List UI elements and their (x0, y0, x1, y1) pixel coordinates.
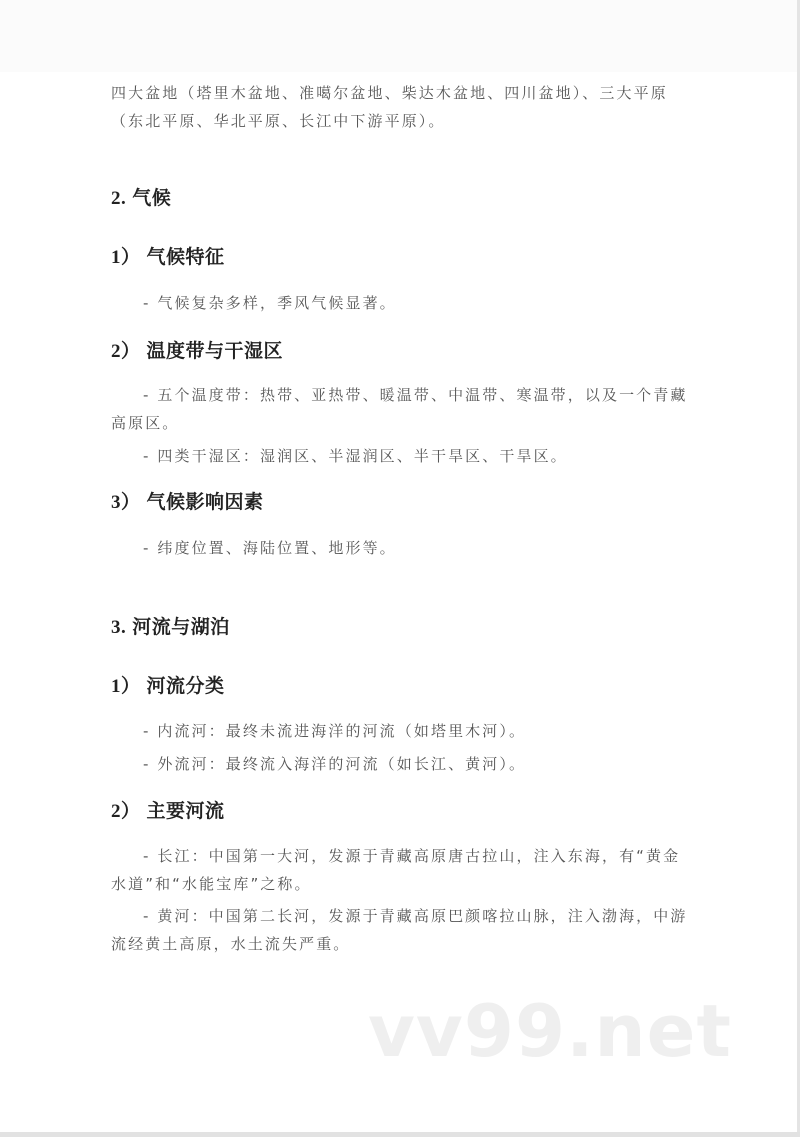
subsection-title-text: 河流分类 (147, 675, 225, 697)
subsection-number: 2） (111, 801, 141, 822)
list-block: - 五个温度带：热带、亚热带、暖温带、中温带、寒温带，以及一个青藏高原区。 (111, 381, 691, 437)
list-item: - 气候复杂多样，季风气候显著。 (111, 289, 691, 317)
section-heading-rivers-lakes: 3.河流与湖泊 (111, 614, 691, 641)
subsection-heading-climate-factors: 3）气候影响因素 (111, 489, 691, 516)
list-item: - 内流河：最终未流进海洋的河流（如塔里木河）。 (111, 717, 691, 745)
intro-block: 四大盆地（塔里木盆地、准噶尔盆地、柴达木盆地、四川盆地）、三大平原（东北平原、华… (111, 79, 691, 135)
section-number: 3. (111, 617, 126, 638)
subsection-number: 1） (111, 676, 141, 697)
subsection-number: 3） (111, 492, 141, 513)
subsection-title-text: 主要河流 (147, 800, 225, 822)
subsection-title-text: 气候影响因素 (147, 491, 264, 513)
list-item: - 四类干湿区：湿润区、半湿润区、半干旱区、干旱区。 (111, 442, 691, 470)
subsection-title: 1）气候特征 (111, 244, 691, 271)
subsection-title: 1）河流分类 (111, 673, 691, 700)
list-item: - 外流河：最终流入海洋的河流（如长江、黄河）。 (111, 750, 691, 778)
subsection-title: 2）温度带与干湿区 (111, 338, 691, 365)
section-title: 2.气候 (111, 185, 691, 212)
section-title: 3.河流与湖泊 (111, 614, 691, 641)
subsection-title: 3）气候影响因素 (111, 489, 691, 516)
watermark: vv99.net (368, 995, 732, 1067)
subsection-number: 2） (111, 341, 141, 362)
section-number: 2. (111, 188, 126, 209)
subsection-heading-climate-features: 1）气候特征 (111, 244, 691, 271)
subsection-heading-river-types: 1）河流分类 (111, 673, 691, 700)
subsection-heading-temperature-zones: 2）温度带与干湿区 (111, 338, 691, 365)
list-block: - 黄河：中国第二长河，发源于青藏高原巴颜喀拉山脉，注入渤海，中游流经黄土高原，… (111, 902, 691, 958)
subsection-title: 2）主要河流 (111, 798, 691, 825)
section-title-text: 气候 (132, 187, 171, 209)
subsection-title-text: 气候特征 (147, 246, 225, 268)
list-item: - 纬度位置、海陆位置、地形等。 (111, 534, 691, 562)
list-block: - 外流河：最终流入海洋的河流（如长江、黄河）。 (111, 750, 691, 778)
subsection-heading-major-rivers: 2）主要河流 (111, 798, 691, 825)
list-item: - 五个温度带：热带、亚热带、暖温带、中温带、寒温带，以及一个青藏高原区。 (111, 381, 691, 437)
list-item: - 黄河：中国第二长河，发源于青藏高原巴颜喀拉山脉，注入渤海，中游流经黄土高原，… (111, 902, 691, 958)
list-block: - 四类干湿区：湿润区、半湿润区、半干旱区、干旱区。 (111, 442, 691, 470)
list-block: - 长江：中国第一大河，发源于青藏高原唐古拉山，注入东海，有“黄金水道”和“水能… (111, 842, 691, 898)
list-block: - 气候复杂多样，季风气候显著。 (111, 289, 691, 317)
subsection-number: 1） (111, 247, 141, 268)
document-page: 四大盆地（塔里木盆地、准噶尔盆地、柴达木盆地、四川盆地）、三大平原（东北平原、华… (0, 0, 797, 1132)
section-title-text: 河流与湖泊 (132, 616, 230, 638)
list-block: - 纬度位置、海陆位置、地形等。 (111, 534, 691, 562)
page-edge-bottom (0, 1132, 800, 1137)
list-item: - 长江：中国第一大河，发源于青藏高原唐古拉山，注入东海，有“黄金水道”和“水能… (111, 842, 691, 898)
list-block: - 内流河：最终未流进海洋的河流（如塔里木河）。 (111, 717, 691, 745)
intro-paragraph: 四大盆地（塔里木盆地、准噶尔盆地、柴达木盆地、四川盆地）、三大平原（东北平原、华… (111, 79, 691, 135)
section-heading-climate: 2.气候 (111, 185, 691, 212)
subsection-title-text: 温度带与干湿区 (147, 340, 284, 362)
